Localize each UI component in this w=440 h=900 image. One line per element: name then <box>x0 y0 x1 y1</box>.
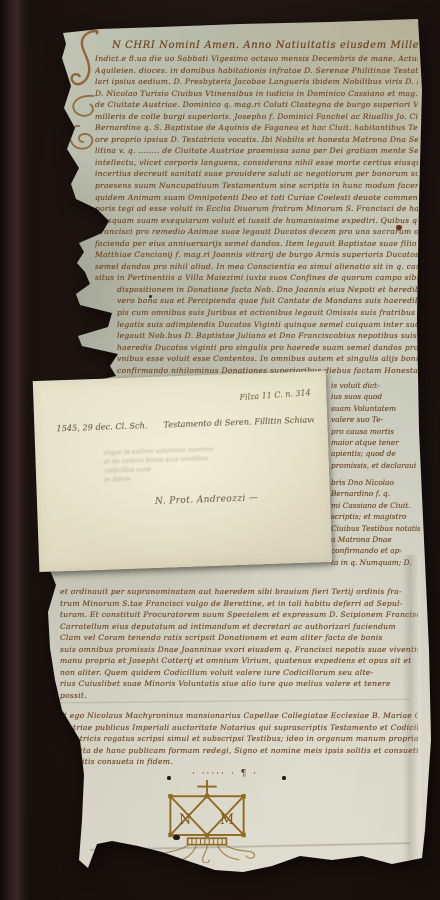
manuscript-line: bris Dno Nicolao <box>331 477 420 488</box>
ink-speck <box>149 295 152 298</box>
manuscript-line: semel dandos pro nihil aliud. In mea Con… <box>95 261 418 273</box>
manuscript-line: praesens suum Nuncupatiuum Testamentum s… <box>95 180 418 192</box>
manuscript-line: Ciuibus Testibus notatis <box>331 523 420 534</box>
manuscript-line: possit. <box>60 690 418 702</box>
manuscript-line: litina v. q. ........ de Ciuitate Austri… <box>95 145 418 157</box>
manuscript-line: vero bona sua et Percipienda quae fuit C… <box>95 295 418 307</box>
manuscript-photo: N CHRI NominI Amen. Anno Natiuitatis eiu… <box>0 0 440 900</box>
ink-speck <box>282 776 286 780</box>
manuscript-line: Clam vel Coram tenendo ratis scripsit Do… <box>60 632 418 644</box>
manuscript-line: legauit Nob.bus D. Baptistae Juliano et … <box>95 330 418 342</box>
manuscript-line: dispositionem in Donatione facta Nob. Dn… <box>95 284 418 296</box>
manuscript-line: is voluit dict- <box>331 380 420 391</box>
signum-flourish <box>160 846 255 863</box>
manuscript-line: confirmando et ap- <box>331 545 420 556</box>
manuscript-line: Bernardino q. S. Baptistae de Aquinis de… <box>95 122 418 134</box>
manuscript-line: Austriae publicus Imperiali auctoritate … <box>58 722 418 734</box>
manuscript-line: haeredis Ducatos viginti pro singulis pr… <box>95 342 418 354</box>
manuscript-line: suam Voluntatem <box>331 403 420 414</box>
manuscript-line: situs in Pertinentiis a Villa Maiezimi i… <box>95 272 418 284</box>
manuscript-line: promissis, et declaraui <box>331 460 420 471</box>
manuscript-line: Et ego Nicolaus Machyroninus mansionariu… <box>58 710 418 722</box>
manuscript-line: quidem Animam suam Omnipotenti Deo et to… <box>95 192 418 204</box>
manuscript-line: Matthiae Cancianij f. mag.ri Joannis vit… <box>95 249 418 261</box>
ink-speck <box>173 835 180 840</box>
manuscript-line: lari ipsius aedium. D. Presbyteris Jacob… <box>95 76 418 88</box>
manuscript-line: Francisci pro remedio Animae suae legaui… <box>95 226 418 238</box>
text-fragments-right-lower: bris Dno NicolaoBernardino f. q.mi Cassi… <box>331 477 420 569</box>
ink-dots-row: · ····· · ¶ · <box>150 769 300 779</box>
note-date: 1545, 29 dec. Cl. Sch. <box>56 420 147 433</box>
archive-reference: Filza 11 C. n. 314 <box>239 388 311 402</box>
ink-speck <box>396 225 402 230</box>
manuscript-line: milleris de colle burgi superioris. Jose… <box>95 111 418 123</box>
manuscript-line: Bernardino f. q. <box>331 488 420 499</box>
signum-letter-n: N <box>179 812 191 828</box>
text-block-3: Et ego Nicolaus Machyroninus mansionariu… <box>58 710 418 770</box>
manuscript-line: turam. Et constituit Procuratorem suum S… <box>60 609 418 621</box>
manuscript-line: scriptis; et magistro <box>331 511 420 522</box>
manuscript-line: intellectu, vlicet corporis languens, co… <box>95 157 418 169</box>
signum-letter-m: M <box>220 812 234 828</box>
manuscript-line: maior atque tener <box>331 437 420 448</box>
manuscript-line: et ordinauit per supranominatam aut haer… <box>60 586 418 598</box>
text-block-1: Indict.e 8.ua die uo Sabbati Vigesimo oc… <box>95 53 418 377</box>
manuscript-line: de Ciuitate Austriae. Dominico q. mag.ri… <box>95 99 418 111</box>
manuscript-line: vnibus esse voluit esse Contentos. In om… <box>95 353 418 365</box>
manuscript-line: incertius decreuit sanitati suae prouide… <box>95 168 418 180</box>
manuscript-line: ta in q. Numquam; D. <box>331 557 420 568</box>
manuscript-line: pro causa mortis <box>331 426 420 437</box>
manuscript-line: rius Cuiuslibet suae Minoris Voluntatis … <box>60 678 418 690</box>
manuscript-line: apientis; quod de <box>331 448 420 459</box>
manuscript-line: ius suos quod <box>331 391 420 402</box>
manuscript-line: facienda per eius anniuersarijs semel da… <box>95 238 418 250</box>
manuscript-line: wars ita de hanc publicam formam redegi,… <box>58 745 418 757</box>
manuscript-line: D. Nicolao Turisio Ciuibus Vtinensibus i… <box>95 88 418 100</box>
manuscript-line: lensquam suam exequiarum voluit et iussi… <box>95 215 418 227</box>
note-title-row: 1545, 29 dec. Cl. Sch.Testamento di Sere… <box>56 414 314 433</box>
manuscript-line: manu propria et Josephi Cotterij et omni… <box>60 655 418 667</box>
manuscript-line: a Matrona Dnae <box>331 534 420 545</box>
manuscript-line: valere suo Te- <box>331 414 420 425</box>
manuscript-line: poris tegi ad esse voluit in Ecclia Diuo… <box>95 203 418 215</box>
manuscript-line: Carratellum eius deputatum ad intimandum… <box>60 621 418 633</box>
manuscript-line: non aliter. Quem quidem Codicillum volui… <box>60 667 418 679</box>
note-bleedthrough-text: atque in eadem voluntate manenset de cet… <box>103 443 264 485</box>
note-title: Testamento di Seren. Fillitin Schiavon <box>163 414 314 429</box>
manuscript-line: ore proprio ipsius D. Testatricis vocati… <box>95 134 418 146</box>
manuscript-line: appositis consueta in fidem. <box>58 756 418 768</box>
manuscript-line: mi Cassiano de Ciuit. <box>331 500 420 511</box>
notarial-signum: N M <box>152 779 262 863</box>
archivist-note: Filza 11 C. n. 314 1545, 29 dec. Cl. Sch… <box>33 371 332 572</box>
ink-speck <box>167 776 171 780</box>
manuscript-line: Indict.e 8.ua die uo Sabbati Vigesimo oc… <box>95 53 418 65</box>
manuscript-line: trum Minorum S.tae Francisci vulgo de Be… <box>60 598 418 610</box>
text-fragments-right-upper: is voluit dict-ius suos quodsuam Volunta… <box>331 380 420 472</box>
manuscript-line: suis omnibus promissis Dnae Joanninae vx… <box>60 644 418 656</box>
signum-base <box>188 838 227 844</box>
note-notary-signature: N. Prot. Andreozzi — <box>155 493 259 507</box>
manuscript-line: pis cum omnibus suis Juribus et actionib… <box>95 307 418 319</box>
manuscript-line: legatis suis adimplendis Ducatos Viginti… <box>95 319 418 331</box>
manuscript-line: Aquileien. dioces. in domibus habitation… <box>95 65 418 77</box>
text-block-2: et ordinauit per supranominatam aut haer… <box>60 586 418 714</box>
signum-cross <box>197 780 216 796</box>
manuscript-line: Testatricis rogatus scripsi simul et sub… <box>58 733 418 745</box>
